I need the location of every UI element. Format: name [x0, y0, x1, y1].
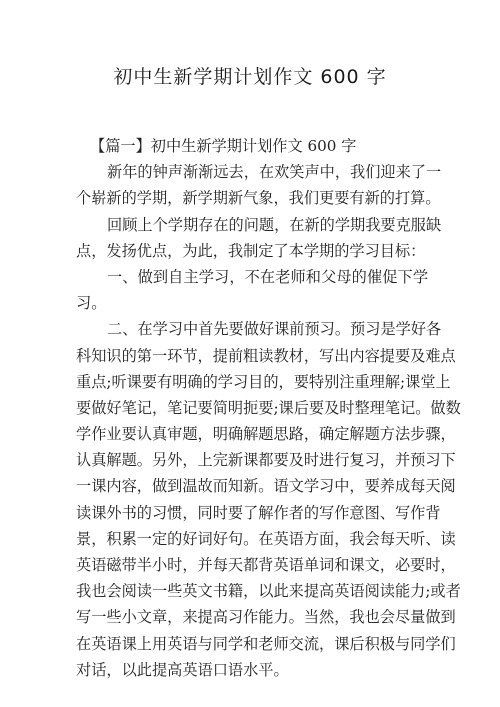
- text-line: 对话，以此提高英语口语水平。: [76, 657, 428, 683]
- section-heading: 【篇一】初中生新学期计划作文 600 字: [76, 133, 428, 159]
- text-line: 一、做到自主学习，不在老师和父母的催促下学: [76, 264, 428, 290]
- text-line: 我也会阅读一些英文书籍，以此来提高英语阅读能力;或者: [76, 578, 428, 604]
- text-line: 科知识的第一环节，提前粗读教材，写出内容提要及难点: [76, 343, 428, 369]
- document-title: 初中生新学期计划作文 600 字: [0, 62, 500, 89]
- text-line: 回顾上个学期存在的问题，在新的学期我要克服缺: [76, 212, 428, 238]
- text-line: 学作业要认真审题，明确解题思路，确定解题方法步骤，: [76, 421, 428, 447]
- text-line: 个崭新的学期，新学期新气象，我们更要有新的打算。: [76, 185, 428, 211]
- text-line: 要做好笔记，笔记要简明扼要;课后要及时整理笔记。做数: [76, 395, 428, 421]
- text-line: 读课外书的习惯，同时要了解作者的写作意图、写作背: [76, 500, 428, 526]
- text-line: 景，积累一定的好词好句。在英语方面，我会每天听、读: [76, 526, 428, 552]
- document-body: 【篇一】初中生新学期计划作文 600 字 新年的钟声渐渐远去，在欢笑声中，我们迎…: [76, 133, 428, 683]
- text-line: 认真解题。另外，上完新课都要及时进行复习，并预习下: [76, 447, 428, 473]
- text-line: 在英语课上用英语与同学和老师交流，课后积极与同学们: [76, 631, 428, 657]
- paragraph-3: 一、做到自主学习，不在老师和父母的催促下学 习。: [76, 264, 428, 316]
- text-line: 点，发扬优点，为此，我制定了本学期的学习目标：: [76, 238, 428, 264]
- paragraph-1: 新年的钟声渐渐远去，在欢笑声中，我们迎来了一 个崭新的学期，新学期新气象，我们更…: [76, 159, 428, 211]
- text-line: 二、在学习中首先要做好课前预习。预习是学好各: [76, 316, 428, 342]
- text-line: 习。: [76, 290, 428, 316]
- paragraph-2: 回顾上个学期存在的问题，在新的学期我要克服缺 点，发扬优点，为此，我制定了本学期…: [76, 212, 428, 264]
- text-line: 英语磁带半小时，并每天都背英语单词和课文，必要时，: [76, 552, 428, 578]
- paragraph-4: 二、在学习中首先要做好课前预习。预习是学好各 科知识的第一环节，提前粗读教材，写…: [76, 316, 428, 683]
- text-line: 一课内容，做到温故而知新。语文学习中，要养成每天阅: [76, 473, 428, 499]
- text-line: 重点;听课要有明确的学习目的，要特别注重理解;课堂上: [76, 369, 428, 395]
- document-page: 初中生新学期计划作文 600 字 【篇一】初中生新学期计划作文 600 字 新年…: [0, 0, 500, 707]
- text-line: 新年的钟声渐渐远去，在欢笑声中，我们迎来了一: [76, 159, 428, 185]
- text-line: 写一些小文章，来提高习作能力。当然，我也会尽量做到: [76, 604, 428, 630]
